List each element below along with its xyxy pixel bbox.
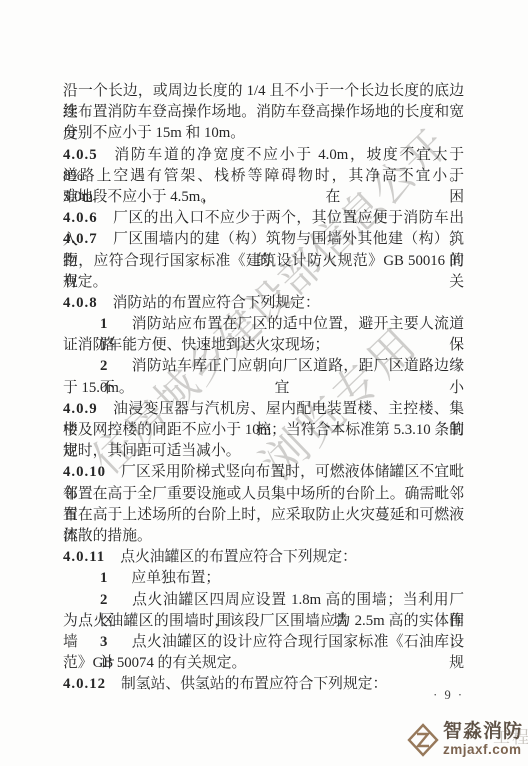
line-text: 定时，其间距可适当减小。 <box>63 443 241 459</box>
text-line: 4.0.10厂区采用阶梯式竖向布置时，可燃液体储罐区不宜毗邻 <box>63 462 464 483</box>
line-text: 证消防车能方便、快速地到达火灾现场； <box>63 337 329 353</box>
clause-number: 4.0.11 <box>63 549 105 565</box>
line-text: 点火油罐区的布置应符合下列规定： <box>120 549 357 565</box>
zhimiao-fire-logo: 智淼消防 zmjaxf.com <box>406 721 523 759</box>
text-line: 1应单独布置； <box>63 568 464 589</box>
text-line: 分别不应小于 15m 和 10m。 <box>63 123 464 144</box>
zhimiao-logo-text: 智淼消防 zmjaxf.com <box>443 721 523 757</box>
clause-number: 4.0.6 <box>63 210 98 226</box>
zhimiao-logo-diamond-icon <box>406 721 440 759</box>
clause-number: 1 <box>100 316 108 332</box>
text-line: 定时，其间距可适当减小。 <box>63 441 464 462</box>
text-line: 4.0.8消防站的布置应符合下列规定： <box>63 293 464 314</box>
clause-number: 4.0.9 <box>63 401 98 417</box>
clause-number: 2 <box>100 592 108 608</box>
text-line: 1消防站应布置在厂区的适中位置，避开主要人流道路，保 <box>63 314 464 335</box>
text-line: 流散的措施。 <box>63 526 464 547</box>
text-line: 4.0.5消防车道的净宽度不应小于 4.0m，坡度不宜大于 8%。 <box>63 145 464 166</box>
text-line: 2点火油罐区四周应设置 1.8m 高的围墙；当利用厂区围墙作 <box>63 590 464 611</box>
text-line: 沿一个长边，或周边长度的 1/4 且不小于一个长边长度的底边连 <box>63 81 464 102</box>
zhimiao-logo-name: 智淼消防 <box>443 721 523 742</box>
clause-number: 1 <box>100 570 108 586</box>
line-text: 于 15.0m。 <box>63 380 134 396</box>
line-text: 规定。 <box>63 274 107 290</box>
line-text: 流散的措施。 <box>63 528 152 544</box>
text-line: 4.0.11点火油罐区的布置应符合下列规定： <box>63 547 464 568</box>
text-line: 4.0.6厂区的出入口不应少于两个，其位置应便于消防车出入。 <box>63 208 464 229</box>
text-line: 续布置消防车登高操作场地。消防车登高操作场地的长度和宽度 <box>63 102 464 123</box>
text-line: 4.0.7厂区围墙内的建（构）筑物与围墙外其他建（构）筑物的间 <box>63 229 464 250</box>
text-line: 距，应符合现行国家标准《建筑设计防火规范》GB 50016 的有关 <box>63 251 464 272</box>
line-text: 范》GB 50074 的有关规定。 <box>63 655 246 671</box>
text-line: 为点火油罐区的围墙时，该段厂区围墙应为 2.5m 高的实体围墙； <box>63 611 464 632</box>
zhimiao-logo-url: zmjaxf.com <box>443 742 523 757</box>
clause-number: 4.0.5 <box>63 147 98 163</box>
scanned-standard-page: 住房城乡建设部信息公开 浏览专用 沿一个长边，或周边长度的 1/4 且不小于一个… <box>0 0 528 766</box>
body-text-block: 沿一个长边，或周边长度的 1/4 且不小于一个长边长度的底边连续布置消防车登高操… <box>63 81 464 695</box>
clause-number: 3 <box>100 634 108 650</box>
page-number: · 9 · <box>63 688 464 703</box>
clause-number: 2 <box>100 358 108 374</box>
text-line: 4.0.9油浸变压器与汽机房、屋内配电装置楼、主控楼、集中控制 <box>63 399 464 420</box>
line-text: 难地段不应小于 4.5m。 <box>63 189 215 205</box>
text-line: 2消防站车库正门应朝向厂区道路，距厂区道路边缘不宜小 <box>63 356 464 377</box>
text-line: 置在高于上述场所的台阶上时，应采取防止火灾蔓延和可燃液体 <box>63 505 464 526</box>
clause-number: 4.0.8 <box>63 295 98 311</box>
clause-number: 4.0.7 <box>63 231 98 247</box>
text-line: 道路上空遇有管架、栈桥等障碍物时，其净高不宜小于 5.0m，在困 <box>63 166 464 187</box>
line-text: 距，应符合现行国家标准《建筑设计防火规范》GB 50016 的有关 <box>63 253 464 290</box>
line-text: 分别不应小于 15m 和 10m。 <box>63 125 245 141</box>
line-text: 消防站的布置应符合下列规定： <box>113 295 320 311</box>
clause-number: 4.0.10 <box>63 464 106 480</box>
text-line: 楼及网控楼的间距不应小于 10m；当符合本标准第 5.3.10 条的规 <box>63 420 464 441</box>
text-line: 3点火油罐区的设计应符合现行国家标准《石油库设计规 <box>63 632 464 653</box>
text-line: 布置在高于全厂重要设施或人员集中场所的台阶上。确需毗邻布 <box>63 484 464 505</box>
line-text: 消防站车库正门应朝向厂区道路，距厂区道路边缘不宜小 <box>100 358 464 395</box>
line-text: 应单独布置； <box>131 570 220 586</box>
